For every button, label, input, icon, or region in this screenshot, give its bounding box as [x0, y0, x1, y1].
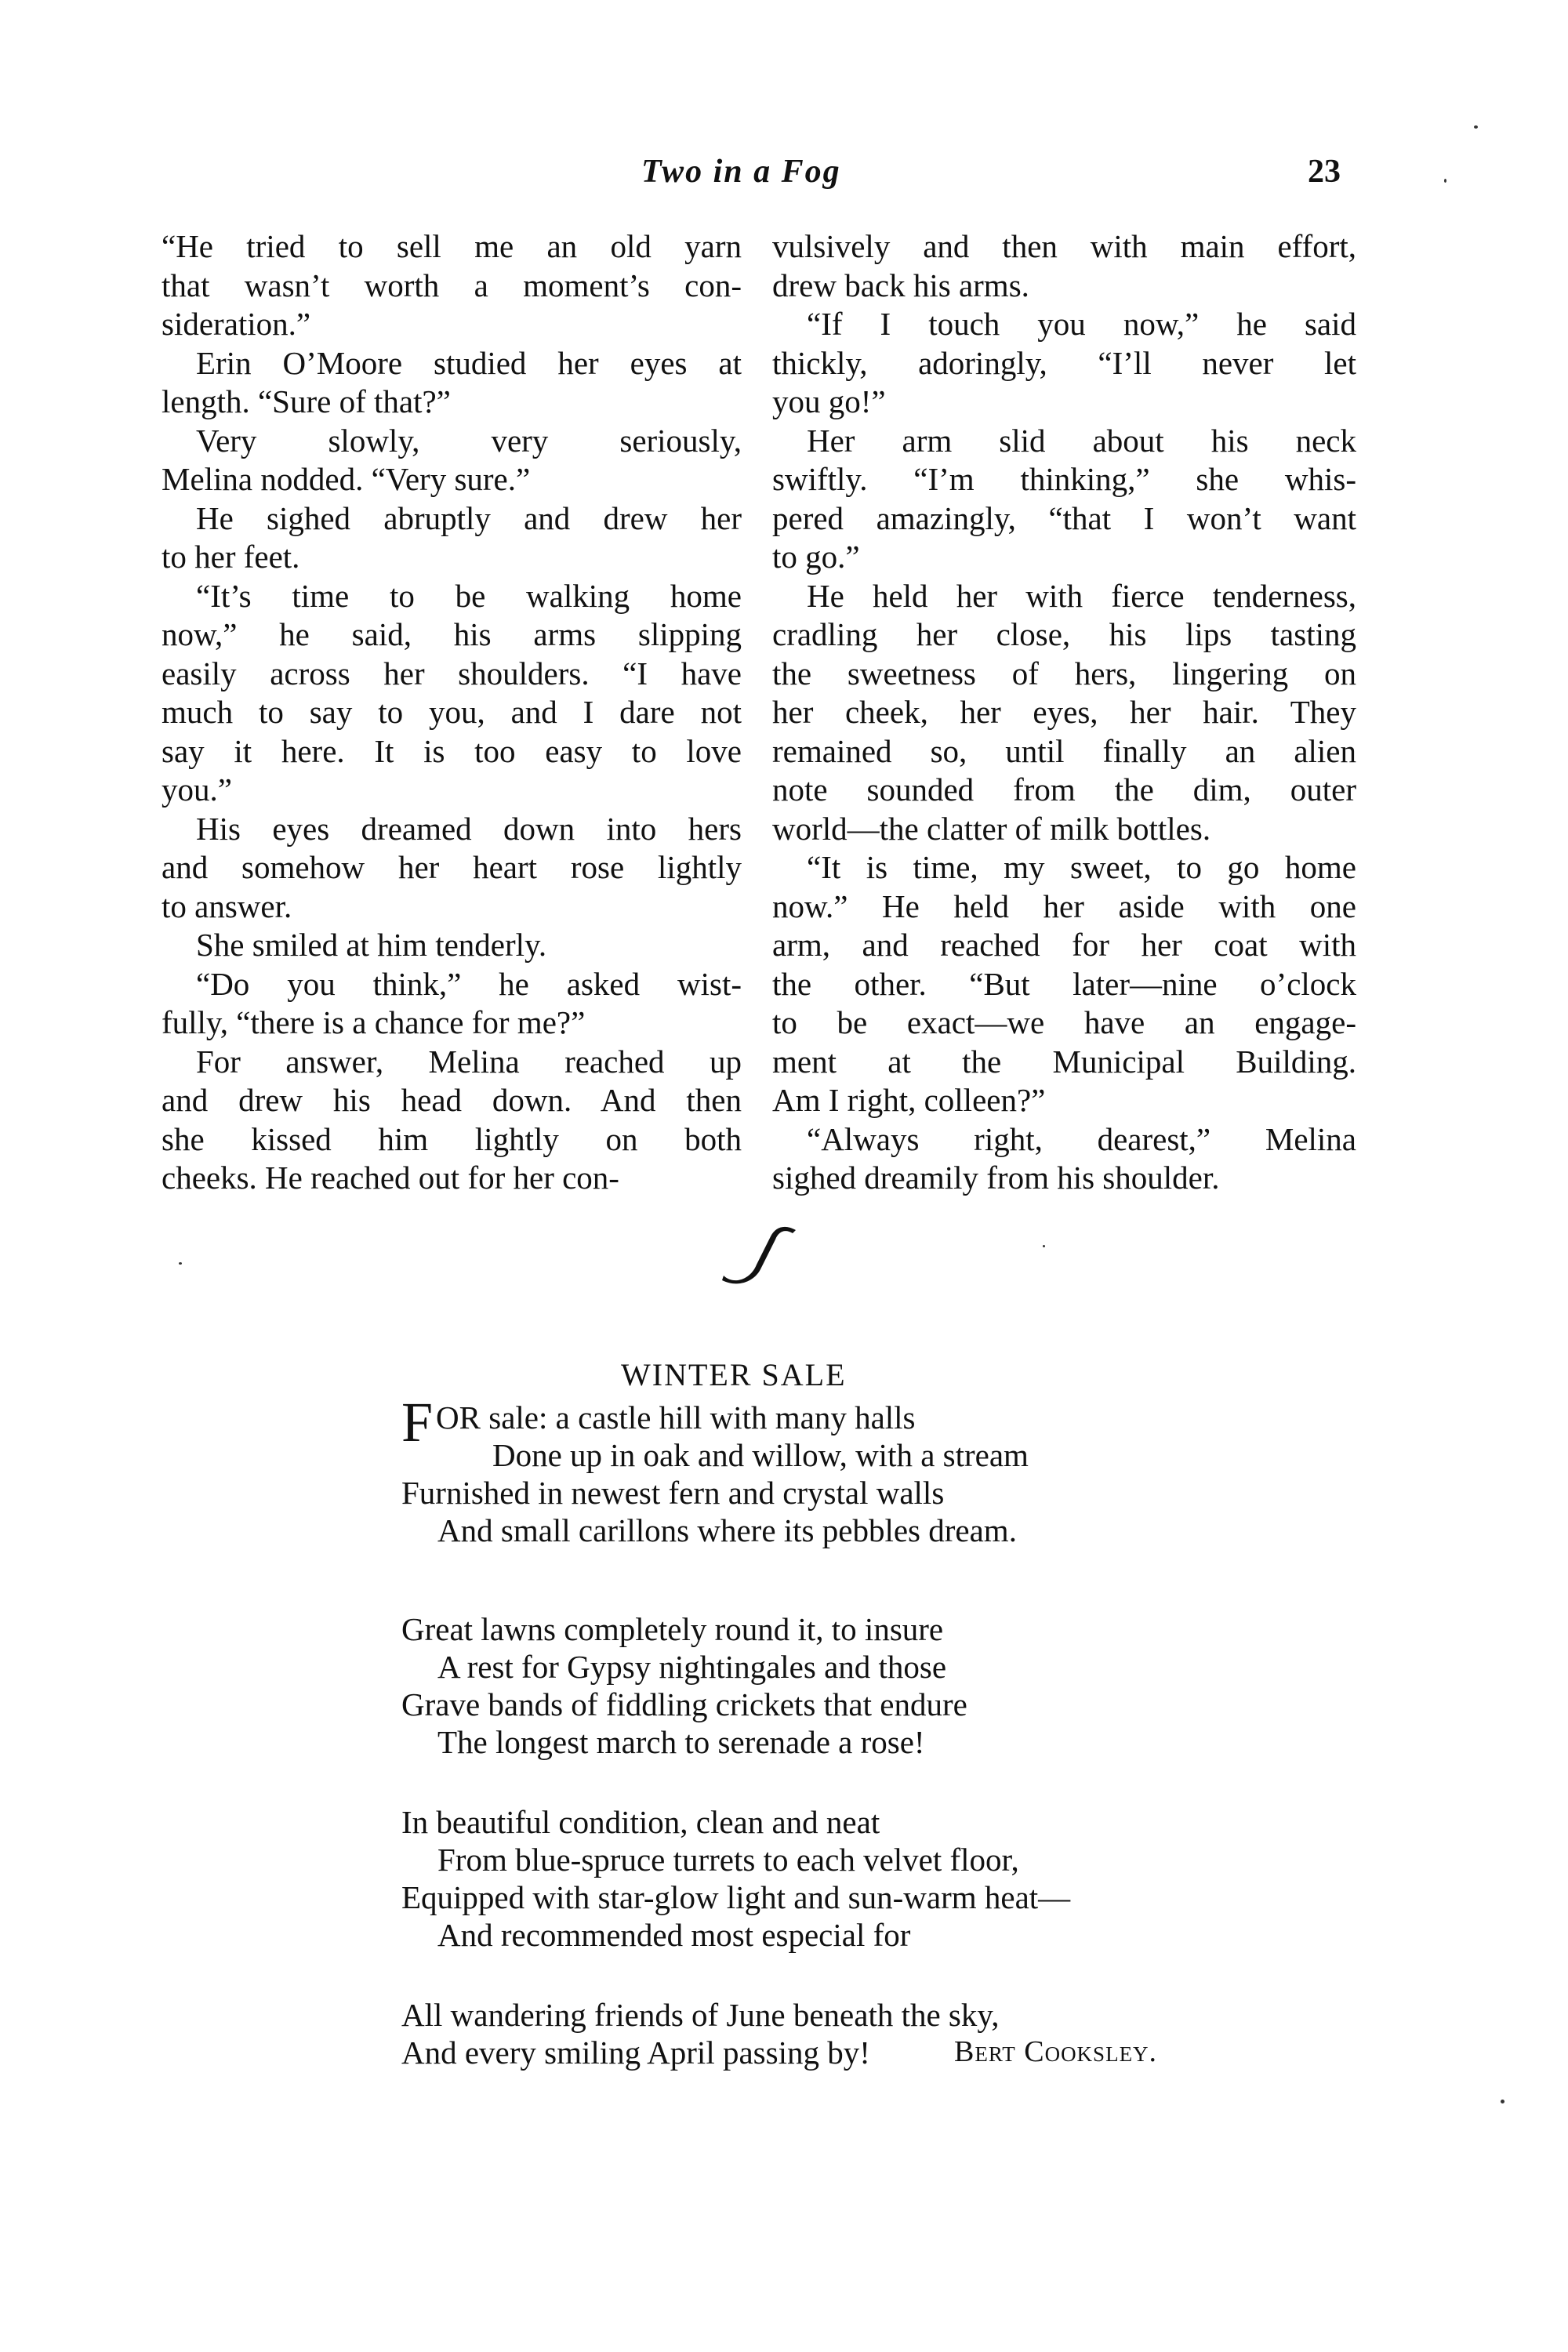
text-line: For answer, Melina reached up	[162, 1043, 742, 1082]
story-paragraph: “It’s time to be walking homenow,” he sa…	[162, 577, 742, 810]
story-paragraph: He sighed abruptly and drew herto her fe…	[162, 499, 742, 577]
text-line: “It is time, my sweet, to go home	[772, 848, 1356, 887]
poem-line: The longest march to serenade a rose!	[401, 1723, 1342, 1761]
story-paragraph: For answer, Melina reached upand drew hi…	[162, 1043, 742, 1198]
story-paragraph: Her arm slid about his neckswiftly. “I’m…	[772, 422, 1356, 577]
story-paragraph: “It is time, my sweet, to go homenow.” H…	[772, 848, 1356, 1120]
poem-stanza-2: Great lawns completely round it, to insu…	[401, 1610, 1342, 1761]
text-line: sighed dreamily from his shoulder.	[772, 1159, 1356, 1198]
poem-line: And every smiling April passing by!	[401, 2034, 1342, 2071]
text-line: Erin O’Moore studied her eyes at	[162, 344, 742, 383]
text-line: much to say to you, and I dare not	[162, 693, 742, 732]
text-line: She smiled at him tenderly.	[162, 926, 742, 965]
story-paragraph: vulsively and then with main effort,drew…	[772, 227, 1356, 305]
text-line: to her feet.	[162, 538, 742, 577]
text-line: her cheek, her eyes, her hair. They	[772, 693, 1356, 732]
story-left-column: “He tried to sell me an old yarnthat was…	[162, 227, 742, 1198]
text-line: “If I touch you now,” he said	[772, 305, 1356, 344]
text-line: note sounded from the dim, outer	[772, 771, 1356, 810]
story-paragraph: “If I touch you now,” he saidthickly, ad…	[772, 305, 1356, 422]
text-line: you.”	[162, 771, 742, 810]
text-line: world—the clatter of milk bottles.	[772, 810, 1356, 849]
text-line: fully, “there is a chance for me?”	[162, 1004, 742, 1043]
poem-line: All wandering friends of June beneath th…	[401, 1996, 1342, 2034]
story-paragraph: “Always right, dearest,” Melinasighed dr…	[772, 1120, 1356, 1198]
text-line: cheeks. He reached out for her con-	[162, 1159, 742, 1198]
poem-stanza-3: In beautiful condition, clean and neat F…	[401, 1803, 1342, 1954]
text-line: arm, and reached for her coat with	[772, 926, 1356, 965]
poem-author: Bert Cooksley.	[954, 2034, 1157, 2069]
running-head: Two in a Fog 23	[0, 153, 1568, 200]
text-line: “Do you think,” he asked wist-	[162, 965, 742, 1004]
text-line: the other. “But later—nine o’clock	[772, 965, 1356, 1004]
scan-speck	[1043, 1245, 1045, 1247]
poem-line: From blue-spruce turrets to each velvet …	[401, 1841, 1342, 1878]
poem-stanza-4: All wandering friends of June beneath th…	[401, 1996, 1342, 2071]
text-line: that wasn’t worth a moment’s con-	[162, 267, 742, 306]
poem-line: OR sale: a castle hill with many halls	[436, 1399, 915, 1436]
text-line: thickly, adoringly, “I’ll never let	[772, 344, 1356, 383]
text-line: to answer.	[162, 887, 742, 927]
story-paragraph: Erin O’Moore studied her eyes atlength. …	[162, 344, 742, 422]
text-line: remained so, until finally an alien	[772, 732, 1356, 771]
text-line: Her arm slid about his neck	[772, 422, 1356, 461]
text-line: pered amazingly, “that I won’t want	[772, 499, 1356, 539]
poem-line: Great lawns completely round it, to insu…	[401, 1610, 1342, 1648]
poem-line: Furnished in newest fern and crystal wal…	[401, 1474, 1342, 1512]
poem-title: WINTER SALE	[621, 1356, 847, 1394]
text-line: say it here. It is too easy to love	[162, 732, 742, 771]
poem-line: A rest for Gypsy nightingales and those	[401, 1648, 1342, 1686]
page-number: 23	[1308, 153, 1341, 191]
text-line: “It’s time to be walking home	[162, 577, 742, 616]
text-line: easily across her shoulders. “I have	[162, 655, 742, 694]
story-paragraph: His eyes dreamed down into hersand someh…	[162, 810, 742, 927]
story-right-column: vulsively and then with main effort,drew…	[772, 227, 1356, 1198]
text-line: “Always right, dearest,” Melina	[772, 1120, 1356, 1160]
scan-speck	[179, 1262, 182, 1265]
text-line: Melina nodded. “Very sure.”	[162, 460, 742, 499]
text-line: swiftly. “I’m thinking,” she whis-	[772, 460, 1356, 499]
drop-cap: F	[401, 1403, 433, 1441]
text-line: Very slowly, very seriously,	[162, 422, 742, 461]
poem-stanza-1: FOR sale: a castle hill with many halls …	[401, 1399, 1342, 1549]
story-paragraph: She smiled at him tenderly.	[162, 926, 742, 965]
scan-speck	[1474, 125, 1478, 129]
story-paragraph: Very slowly, very seriously,Melina nodde…	[162, 422, 742, 499]
scan-speck	[1444, 179, 1446, 183]
text-line: to be exact—we have an engage-	[772, 1004, 1356, 1043]
poem-line: And small carillons where its pebbles dr…	[401, 1512, 1342, 1549]
text-line: now.” He held her aside with one	[772, 887, 1356, 927]
story-paragraph: “He tried to sell me an old yarnthat was…	[162, 227, 742, 344]
text-line: you go!”	[772, 383, 1356, 422]
text-line: He held her with fierce tenderness,	[772, 577, 1356, 616]
story-paragraph: He held her with fierce tenderness,cradl…	[772, 577, 1356, 849]
text-line: to go.”	[772, 538, 1356, 577]
text-line: and drew his head down. And then	[162, 1081, 742, 1120]
text-line: she kissed him lightly on both	[162, 1120, 742, 1160]
text-line: His eyes dreamed down into hers	[162, 810, 742, 849]
text-line: the sweetness of hers, lingering on	[772, 655, 1356, 694]
poem-line: Done up in oak and willow, with a stream	[401, 1436, 1342, 1474]
poem-line: Equipped with star-glow light and sun-wa…	[401, 1878, 1342, 1916]
poem-line: In beautiful condition, clean and neat	[401, 1803, 1342, 1841]
text-line: length. “Sure of that?”	[162, 383, 742, 422]
text-line: vulsively and then with main effort,	[772, 227, 1356, 267]
text-line: Am I right, colleen?”	[772, 1081, 1356, 1120]
text-line: and somehow her heart rose lightly	[162, 848, 742, 887]
text-line: cradling her close, his lips tasting	[772, 615, 1356, 655]
text-line: drew back his arms.	[772, 267, 1356, 306]
running-title: Two in a Fog	[641, 153, 841, 191]
text-line: sideration.”	[162, 305, 742, 344]
text-line: “He tried to sell me an old yarn	[162, 227, 742, 267]
swash-s-ornament-icon	[710, 1219, 804, 1290]
scan-speck	[1501, 2100, 1504, 2103]
story-paragraph: “Do you think,” he asked wist-fully, “th…	[162, 965, 742, 1043]
poem-line: Grave bands of fiddling crickets that en…	[401, 1686, 1342, 1723]
text-line: ment at the Municipal Building.	[772, 1043, 1356, 1082]
text-line: He sighed abruptly and drew her	[162, 499, 742, 539]
text-line: now,” he said, his arms slipping	[162, 615, 742, 655]
poem-line: And recommended most especial for	[401, 1916, 1342, 1954]
